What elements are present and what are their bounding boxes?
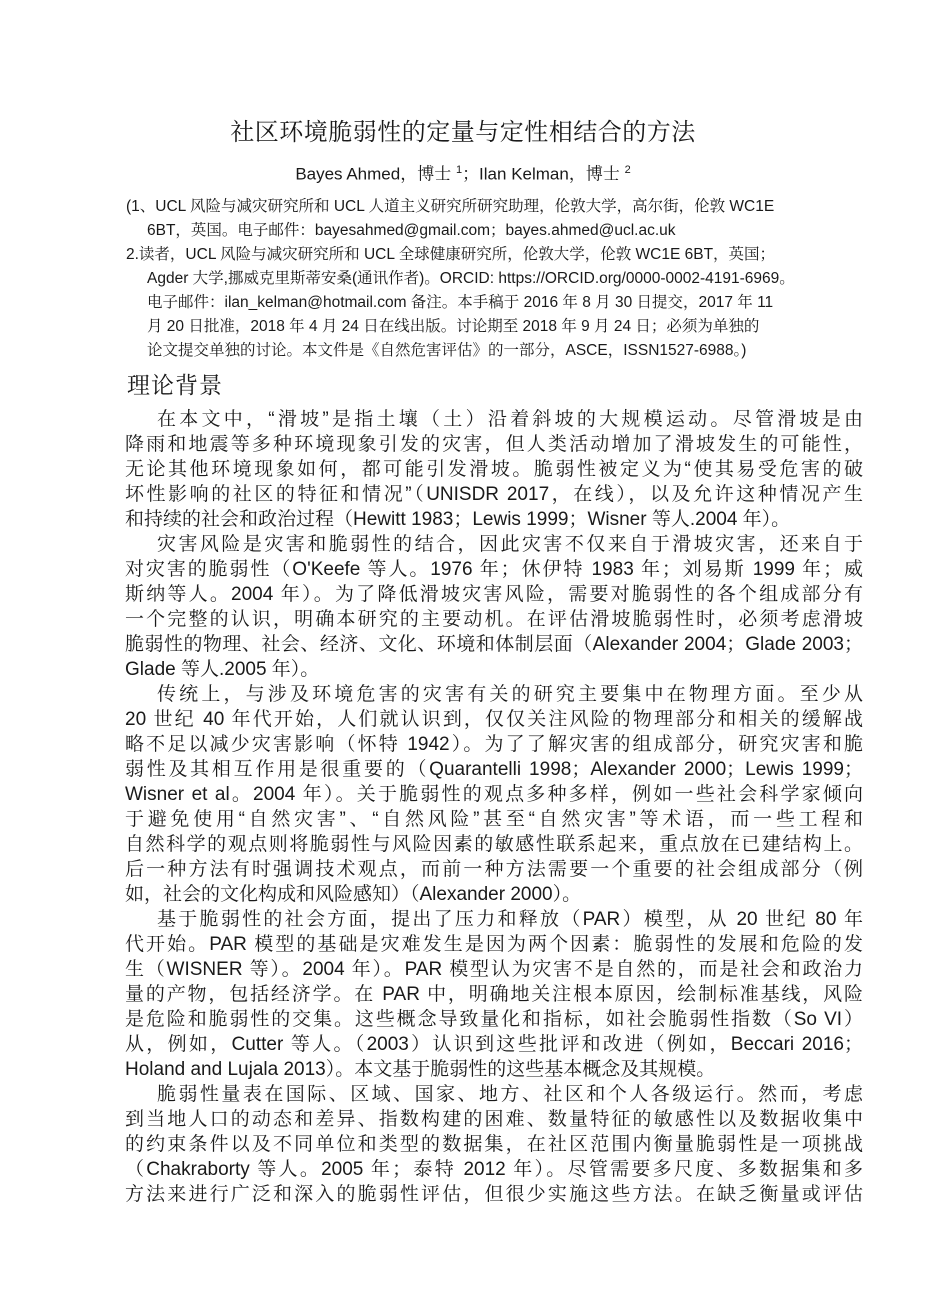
text-line: 和持续的社会和政治过程（Hewitt 1983；Lewis 1999；Wisne… xyxy=(125,507,863,532)
section-heading: 理论背景 xyxy=(127,370,926,400)
text-line: 的约束条件以及不同单位和类型的数据集，在社区范围内衡量脆弱性是一项挑战 xyxy=(125,1132,863,1157)
text-line: Wisner et al。2004 年）。关于脆弱性的观点多种多样，例如一些社会… xyxy=(125,782,863,807)
text-line: 到当地人口的动态和差异、指数构建的困难、数量特征的敏感性以及数据收集中 xyxy=(125,1107,863,1132)
body-text: 在本文中，“滑坡”是指土壤（土）沿着斜坡的大规模运动。尽管滑坡是由降雨和地震等多… xyxy=(125,407,863,1207)
text-line: （Chakraborty 等人。2005 年；泰特 2012 年）。尽管需要多尺… xyxy=(125,1157,863,1182)
text-line: 是危险和脆弱性的交集。这些概念导致量化和指标，如社会脆弱性指数（So VI） xyxy=(125,1007,863,1032)
text-line: 一个完整的认识，明确本研究的主要动机。在评估滑坡脆弱性时，必须考虑滑坡 xyxy=(125,607,863,632)
affiliation-line: (1、UCL 风险与减灾研究所和 UCL 人道主义研究所研究助理，伦敦大学，高尔… xyxy=(126,195,798,219)
author-2-name: ；Ilan Kelman，博士 xyxy=(462,165,625,184)
affiliation-line: 月 20 日批准，2018 年 4 月 24 日在线出版。讨论期至 2018 年… xyxy=(126,315,798,339)
text-line: 斯纳等人。2004 年）。为了降低滑坡灾害风险，需要对脆弱性的各个组成部分有 xyxy=(125,582,863,607)
text-line: Holand and Lujala 2013）。本文基于脆弱性的这些基本概念及其… xyxy=(125,1057,863,1082)
text-line: 无论其他环境现象如何，都可能引发滑坡。脆弱性被定义为“使其易受危害的破 xyxy=(125,457,863,482)
text-line: 降雨和地震等多种环境现象引发的灾害，但人类活动增加了滑坡发生的可能性， xyxy=(125,432,863,457)
text-line: 如，社会的文化构成和风险感知）（Alexander 2000）。 xyxy=(125,882,863,907)
affiliation-item: 2.读者，UCL 风险与减灾研究所和 UCL 全球健康研究所，伦敦大学，伦敦 W… xyxy=(126,243,798,363)
text-line: 后一种方法有时强调技术观点，而前一种方法需要一个重要的社会组成部分（例 xyxy=(125,857,863,882)
text-line: 坏性影响的社区的特征和情况”（UNISDR 2017，在线），以及允许这种情况产… xyxy=(125,482,863,507)
affiliation-line: 论文提交单独的讨论。本文件是《自然危害评估》的一部分，ASCE，ISSN1527… xyxy=(126,339,798,363)
text-line: 脆弱性的物理、社会、经济、文化、环境和体制层面（Alexander 2004；G… xyxy=(125,632,863,657)
affiliation-line: 电子邮件：ilan_kelman@hotmail.com 备注。本手稿于 201… xyxy=(126,291,798,315)
text-line: 基于脆弱性的社会方面，提出了压力和释放（PAR）模型，从 20 世纪 80 年 xyxy=(125,907,863,932)
text-line: 生（WISNER 等）。2004 年）。PAR 模型认为灾害不是自然的，而是社会… xyxy=(125,957,863,982)
affiliation-line: 6BT，英国。电子邮件：bayesahmed@gmail.com；bayes.a… xyxy=(126,219,798,243)
text-line: 20 世纪 40 年代开始，人们就认识到，仅仅关注风险的物理部分和相关的缓解战 xyxy=(125,707,863,732)
affiliation-line: 2.读者，UCL 风险与减灾研究所和 UCL 全球健康研究所，伦敦大学，伦敦 W… xyxy=(126,243,798,267)
paragraph: 在本文中，“滑坡”是指土壤（土）沿着斜坡的大规模运动。尽管滑坡是由降雨和地震等多… xyxy=(125,407,863,532)
text-line: 略不足以减少灾害影响（怀特 1942）。为了了解灾害的组成部分，研究灾害和脆 xyxy=(125,732,863,757)
text-line: 代开始。PAR 模型的基础是灾难发生是因为两个因素：脆弱性的发展和危险的发 xyxy=(125,932,863,957)
text-line: 脆弱性量表在国际、区域、国家、地方、社区和个人各级运行。然而，考虑 xyxy=(125,1082,863,1107)
text-line: 于避免使用“自然灾害”、“自然风险”甚至“自然灾害”等术语，而一些工程和 xyxy=(125,807,863,832)
affiliation-line: Agder 大学,挪威克里斯蒂安桑(通讯作者)。ORCID: https://O… xyxy=(126,267,798,291)
text-line: 量的产物，包括经济学。在 PAR 中，明确地关注根本原因，绘制标准基线，风险 xyxy=(125,982,863,1007)
text-line: 从，例如，Cutter 等人。（2003）认识到这些批评和改进（例如，Becca… xyxy=(125,1032,863,1057)
document-title: 社区环境脆弱性的定量与定性相结合的方法 xyxy=(0,0,926,148)
author-2-footnote-marker: 2 xyxy=(625,164,631,176)
text-line: 传统上，与涉及环境危害的灾害有关的研究主要集中在物理方面。至少从 xyxy=(125,682,863,707)
paragraph: 传统上，与涉及环境危害的灾害有关的研究主要集中在物理方面。至少从20 世纪 40… xyxy=(125,682,863,907)
affiliation-item: (1、UCL 风险与减灾研究所和 UCL 人道主义研究所研究助理，伦敦大学，高尔… xyxy=(126,195,798,243)
text-line: 自然科学的观点则将脆弱性与风险因素的敏感性联系起来，重点放在已建结构上。 xyxy=(125,832,863,857)
text-line: 弱性及其相互作用是很重要的（Quarantelli 1998；Alexander… xyxy=(125,757,863,782)
paragraph: 基于脆弱性的社会方面，提出了压力和释放（PAR）模型，从 20 世纪 80 年代… xyxy=(125,907,863,1082)
text-line: 在本文中，“滑坡”是指土壤（土）沿着斜坡的大规模运动。尽管滑坡是由 xyxy=(125,407,863,432)
paragraph: 灾害风险是灾害和脆弱性的结合，因此灾害不仅来自于滑坡灾害，还来自于对灾害的脆弱性… xyxy=(125,532,863,682)
paragraph: 脆弱性量表在国际、区域、国家、地方、社区和个人各级运行。然而，考虑到当地人口的动… xyxy=(125,1082,863,1207)
authors-line: Bayes Ahmed，博士 1；Ilan Kelman，博士 2 xyxy=(0,159,926,186)
author-1-name: Bayes Ahmed，博士 xyxy=(295,165,456,184)
document-page: 社区环境脆弱性的定量与定性相结合的方法 Bayes Ahmed，博士 1；Ila… xyxy=(0,0,926,1309)
affiliation-block: (1、UCL 风险与减灾研究所和 UCL 人道主义研究所研究助理，伦敦大学，高尔… xyxy=(126,195,798,363)
text-line: 对灾害的脆弱性（O'Keefe 等人。1976 年；休伊特 1983 年；刘易斯… xyxy=(125,557,863,582)
text-line: 灾害风险是灾害和脆弱性的结合，因此灾害不仅来自于滑坡灾害，还来自于 xyxy=(125,532,863,557)
text-line: 方法来进行广泛和深入的脆弱性评估，但很少实施这些方法。在缺乏衡量或评估 xyxy=(125,1182,863,1207)
text-line: Glade 等人.2005 年）。 xyxy=(125,657,863,682)
